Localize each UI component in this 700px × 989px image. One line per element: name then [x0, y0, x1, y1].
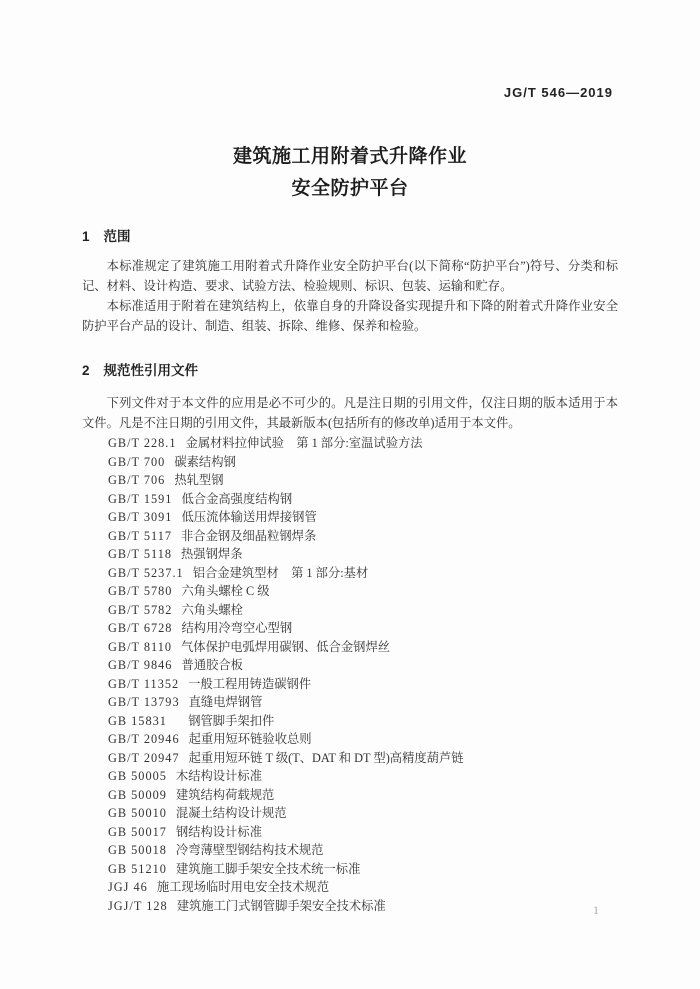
normative-references-list: GB/T 228.1金属材料拉伸试验 第 1 部分:室温试验方法 GB/T 70…	[82, 434, 668, 915]
reference-title: 六角头螺栓	[181, 603, 243, 617]
reference-code: GB/T 20946	[108, 732, 180, 746]
reference-code: GB/T 706	[108, 473, 165, 487]
section-1-body: 本标准规定了建筑施工用附着式升降作业安全防护平台(以下简称“防护平台”)符号、分…	[82, 256, 618, 336]
reference-title: 冷弯薄壁型钢结构技术规范	[176, 843, 324, 857]
reference-item: GB 50018冷弯薄壁型钢结构技术规范	[108, 841, 668, 860]
reference-item: GB 51210建筑施工脚手架安全技术统一标准	[108, 860, 668, 879]
reference-code: GB 50017	[108, 825, 167, 839]
reference-title: 低合金高强度结构钢	[181, 492, 292, 506]
reference-code: GB 50005	[108, 769, 167, 783]
reference-title: 起重用短环链 T 级(T、DAT 和 DT 型)高精度葫芦链	[189, 751, 464, 765]
reference-title: 建筑施工脚手架安全技术统一标准	[176, 862, 360, 876]
page-title: 建筑施工用附着式升降作业 安全防护平台	[0, 141, 700, 205]
reference-code: GB/T 1591	[108, 492, 172, 506]
reference-title: 铝合金建筑型材 第 1 部分:基材	[193, 566, 369, 580]
reference-code: GB/T 5780	[108, 584, 172, 598]
reference-item: GB/T 13793直缝电焊钢管	[108, 693, 668, 712]
section-2-intro: 下列文件对于本文件的应用是必不可少的。凡是注日期的引用文件，仅注日期的版本适用于…	[82, 393, 618, 433]
reference-item: GB 50005木结构设计标准	[108, 767, 668, 786]
reference-item: GB/T 9846普通胶合板	[108, 656, 668, 675]
reference-item: GB/T 5117非合金钢及细晶粒钢焊条	[108, 527, 668, 546]
reference-title: 直缝电焊钢管	[189, 695, 263, 709]
reference-title: 结构用冷弯空心型钢	[181, 621, 292, 635]
section-1-number: 1	[82, 229, 90, 244]
scope-paragraph-1: 本标准规定了建筑施工用附着式升降作业安全防护平台(以下简称“防护平台”)符号、分…	[82, 256, 618, 296]
reference-code: GB/T 5237.1	[108, 566, 184, 580]
reference-code: GB 50010	[108, 806, 167, 820]
reference-title: 施工现场临时用电安全技术规范	[157, 880, 329, 894]
reference-title: 混凝土结构设计规范	[176, 806, 287, 820]
reference-item: GB 15831 钢管脚手架扣件	[108, 712, 668, 731]
reference-title: 热强钢焊条	[181, 547, 243, 561]
title-line-1: 建筑施工用附着式升降作业	[0, 141, 700, 173]
reference-item: GB/T 706热轧型钢	[108, 471, 668, 490]
section-1-label: 范围	[104, 229, 131, 244]
reference-item: GB/T 1591低合金高强度结构钢	[108, 490, 668, 509]
reference-title: 起重用短环链验收总则	[189, 732, 312, 746]
reference-title: 热轧型钢	[174, 473, 223, 487]
reference-title: 金属材料拉伸试验 第 1 部分:室温试验方法	[186, 436, 423, 450]
reference-code: GB/T 13793	[108, 695, 180, 709]
reference-code: JGJ 46	[108, 880, 148, 894]
reference-code: GB/T 9846	[108, 658, 172, 672]
reference-code: GB 51210	[108, 862, 167, 876]
reference-code: GB/T 228.1	[108, 436, 177, 450]
section-2-heading: 2规范性引用文件	[82, 359, 198, 379]
reference-title: 钢结构设计标准	[176, 825, 262, 839]
reference-item: GB/T 5780六角头螺栓 C 级	[108, 582, 668, 601]
section-2-label: 规范性引用文件	[104, 363, 199, 378]
reference-code: GB 50018	[108, 843, 167, 857]
reference-title: 建筑结构荷载规范	[176, 788, 274, 802]
reference-item: GB 50017钢结构设计标准	[108, 823, 668, 842]
scope-paragraph-2: 本标准适用于附着在建筑结构上，依靠自身的升降设备实现提升和下降的附着式升降作业安…	[82, 296, 618, 336]
reference-code: GB/T 20947	[108, 751, 180, 765]
standard-number: JG/T 546—2019	[504, 85, 613, 100]
reference-item: GB 50009建筑结构荷载规范	[108, 786, 668, 805]
reference-item: JGJ 46施工现场临时用电安全技术规范	[108, 878, 668, 897]
reference-item: GB/T 5237.1铝合金建筑型材 第 1 部分:基材	[108, 564, 668, 583]
reference-item: GB 50010混凝土结构设计规范	[108, 804, 668, 823]
reference-item: GB/T 228.1金属材料拉伸试验 第 1 部分:室温试验方法	[108, 434, 668, 453]
reference-title: 非合金钢及细晶粒钢焊条	[181, 529, 316, 543]
reference-item: GB/T 8110气体保护电弧焊用碳钢、低合金钢焊丝	[108, 638, 668, 657]
reference-code: GB/T 11352	[108, 677, 179, 691]
reference-title: 普通胶合板	[181, 658, 243, 672]
reference-title: 建筑施工门式钢管脚手架安全技术标准	[177, 899, 386, 913]
reference-item: JGJ/T 128建筑施工门式钢管脚手架安全技术标准	[108, 897, 668, 916]
reference-title: 木结构设计标准	[176, 769, 262, 783]
reference-code: GB 50009	[108, 788, 167, 802]
reference-code: GB/T 5117	[108, 529, 172, 543]
reference-item: GB/T 6728结构用冷弯空心型钢	[108, 619, 668, 638]
reference-code: GB/T 5118	[108, 547, 172, 561]
title-line-2: 安全防护平台	[0, 173, 700, 205]
reference-title: 一般工程用铸造碳钢件	[188, 677, 311, 691]
document-page: JG/T 546—2019 建筑施工用附着式升降作业 安全防护平台 1范围 本标…	[0, 0, 700, 989]
references-intro-paragraph: 下列文件对于本文件的应用是必不可少的。凡是注日期的引用文件，仅注日期的版本适用于…	[82, 393, 618, 433]
reference-title: 低压流体输送用焊接钢管	[181, 510, 316, 524]
section-2-number: 2	[82, 363, 90, 378]
reference-code: GB 15831	[108, 714, 167, 728]
reference-title: 气体保护电弧焊用碳钢、低合金钢焊丝	[181, 640, 390, 654]
reference-item: GB/T 5118热强钢焊条	[108, 545, 668, 564]
reference-code: GB/T 8110	[108, 640, 172, 654]
reference-item: GB/T 20946起重用短环链验收总则	[108, 730, 668, 749]
reference-item: GB/T 11352一般工程用铸造碳钢件	[108, 675, 668, 694]
page-number: 1	[593, 903, 599, 918]
reference-code: GB/T 3091	[108, 510, 172, 524]
section-1-heading: 1范围	[82, 225, 131, 245]
reference-title: 六角头螺栓 C 级	[181, 584, 269, 598]
reference-code: GB/T 700	[108, 455, 165, 469]
reference-title: 碳素结构钢	[174, 455, 236, 469]
reference-title: 钢管脚手架扣件	[176, 714, 274, 728]
reference-item: GB/T 5782六角头螺栓	[108, 601, 668, 620]
reference-code: GB/T 6728	[108, 621, 172, 635]
reference-item: GB/T 3091低压流体输送用焊接钢管	[108, 508, 668, 527]
reference-item: GB/T 700碳素结构钢	[108, 453, 668, 472]
reference-code: GB/T 5782	[108, 603, 172, 617]
reference-code: JGJ/T 128	[108, 899, 168, 913]
reference-item: GB/T 20947起重用短环链 T 级(T、DAT 和 DT 型)高精度葫芦链	[108, 749, 668, 768]
